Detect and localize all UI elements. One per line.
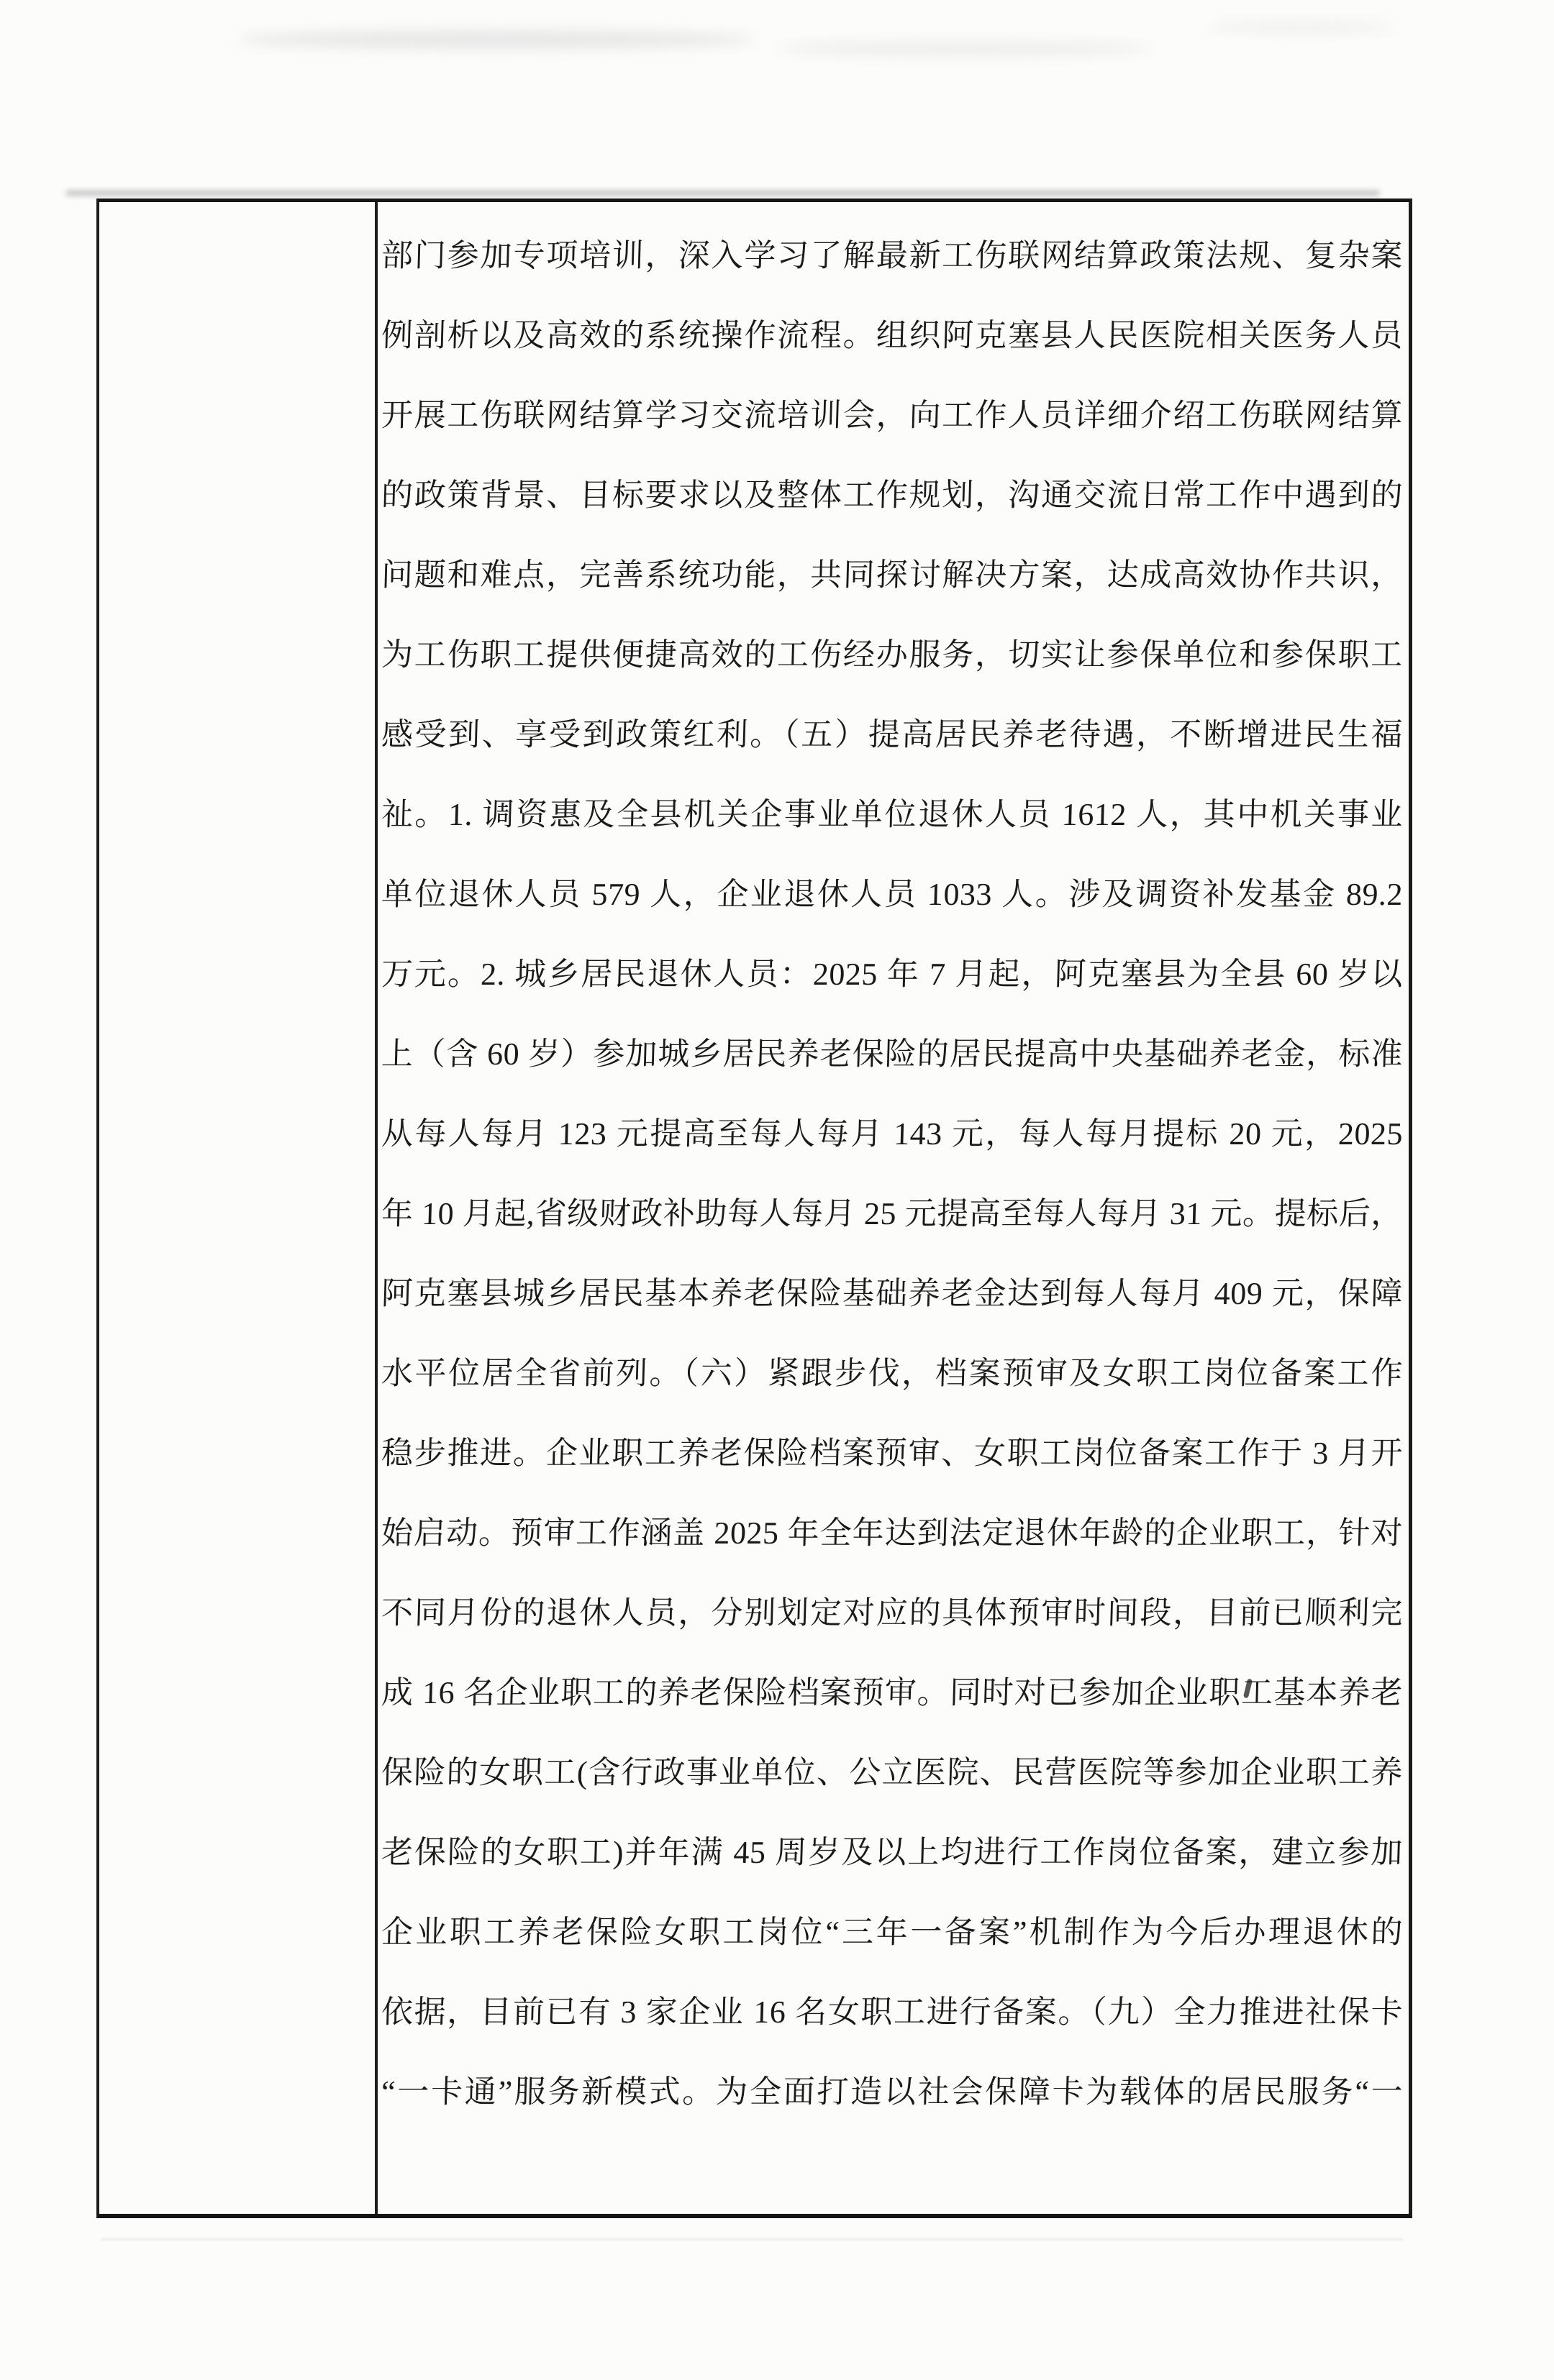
text-line: 感受到、享受到政策红利。（五）提高居民养老待遇，不断增进民生福 — [380, 695, 1404, 775]
text-line: 保险的女职工(含行政事业单位、公立医院、民营医院等参加企业职工养 — [380, 1733, 1404, 1813]
text-line: 成 16 名企业职工的养老保险档案预审。同时对已参加企业职工基本养老 — [380, 1653, 1404, 1733]
text-line: 依据，目前已有 3 家企业 16 名女职工进行备案。（九）全力推进社保卡 — [380, 1972, 1404, 2052]
report-table: 部门参加专项培训，深入学习了解最新工伤联网结算政策法规、复杂案 例剖析以及高效的… — [96, 199, 1412, 2218]
scan-smudge — [1209, 22, 1396, 33]
text-line: 始启动。预审工作涵盖 2025 年全年达到法定退休年龄的企业职工，针对 — [380, 1493, 1404, 1573]
text-line: 为工伤职工提供便捷高效的工伤经办服务，切实让参保单位和参保职工 — [380, 615, 1404, 695]
text-line: 稳步推进。企业职工养老保险档案预审、女职工岗位备案工作于 3 月开 — [380, 1413, 1404, 1493]
header-column-cell-empty — [99, 202, 378, 2214]
text-line: 部门参加专项培训，深入学习了解最新工伤联网结算政策法规、复杂案 — [380, 216, 1404, 296]
scan-smudge — [777, 42, 1151, 56]
text-line: 水平位居全省前列。（六）紧跟步伐，档案预审及女职工岗位备案工作 — [380, 1333, 1404, 1413]
scanned-report-page: { "page": { "type": "scanned-document-pa… — [0, 0, 1554, 2380]
text-line: 例剖析以及高效的系统操作流程。组织阿克塞县人民医院相关医务人员 — [380, 296, 1404, 375]
text-line: 阿克塞县城乡居民基本养老保险基础养老金达到每人每月 409 元，保障 — [380, 1254, 1404, 1333]
text-line: 万元。2. 城乡居民退休人员：2025 年 7 月起，阿克塞县为全县 60 岁以 — [380, 934, 1404, 1014]
scan-border-shadow — [66, 191, 1379, 196]
scan-border-echo — [101, 2238, 1403, 2240]
text-line: 企业职工养老保险女职工岗位“三年一备案”机制作为今后办理退休的 — [380, 1892, 1404, 1972]
text-line: 的政策背景、目标要求以及整体工作规划，沟通交流日常工作中遇到的 — [380, 455, 1404, 535]
text-line: 从每人每月 123 元提高至每人每月 143 元，每人每月提标 20 元，202… — [380, 1094, 1404, 1174]
text-line: 问题和难点，完善系统功能，共同探讨解决方案，达成高效协作共识， — [380, 535, 1404, 615]
text-line: 年 10 月起,省级财政补助每人每月 25 元提高至每人每月 31 元。提标后， — [380, 1174, 1404, 1254]
text-line: 祉。1. 调资惠及全县机关企事业单位退休人员 1612 人，其中机关事业 — [380, 775, 1404, 854]
text-line: “一卡通”服务新模式。为全面打造以社会保障卡为载体的居民服务“一 — [380, 2052, 1404, 2132]
text-line: 开展工伤联网结算学习交流培训会，向工作人员详细介绍工伤联网结算 — [380, 375, 1404, 455]
text-line: 单位退休人员 579 人，企业退休人员 1033 人。涉及调资补发基金 89.2 — [380, 854, 1404, 934]
text-line: 老保险的女职工)并年满 45 周岁及以上均进行工作岗位备案，建立参加 — [380, 1813, 1404, 1892]
text-line: 不同月份的退休人员，分别划定对应的具体预审时间段，目前已顺利完 — [380, 1573, 1404, 1653]
report-content-cell: 部门参加专项培训，深入学习了解最新工伤联网结算政策法规、复杂案 例剖析以及高效的… — [378, 202, 1409, 2214]
text-line: 上（含 60 岁）参加城乡居民养老保险的居民提高中央基础养老金，标准 — [380, 1014, 1404, 1094]
scan-smudge — [237, 30, 755, 49]
